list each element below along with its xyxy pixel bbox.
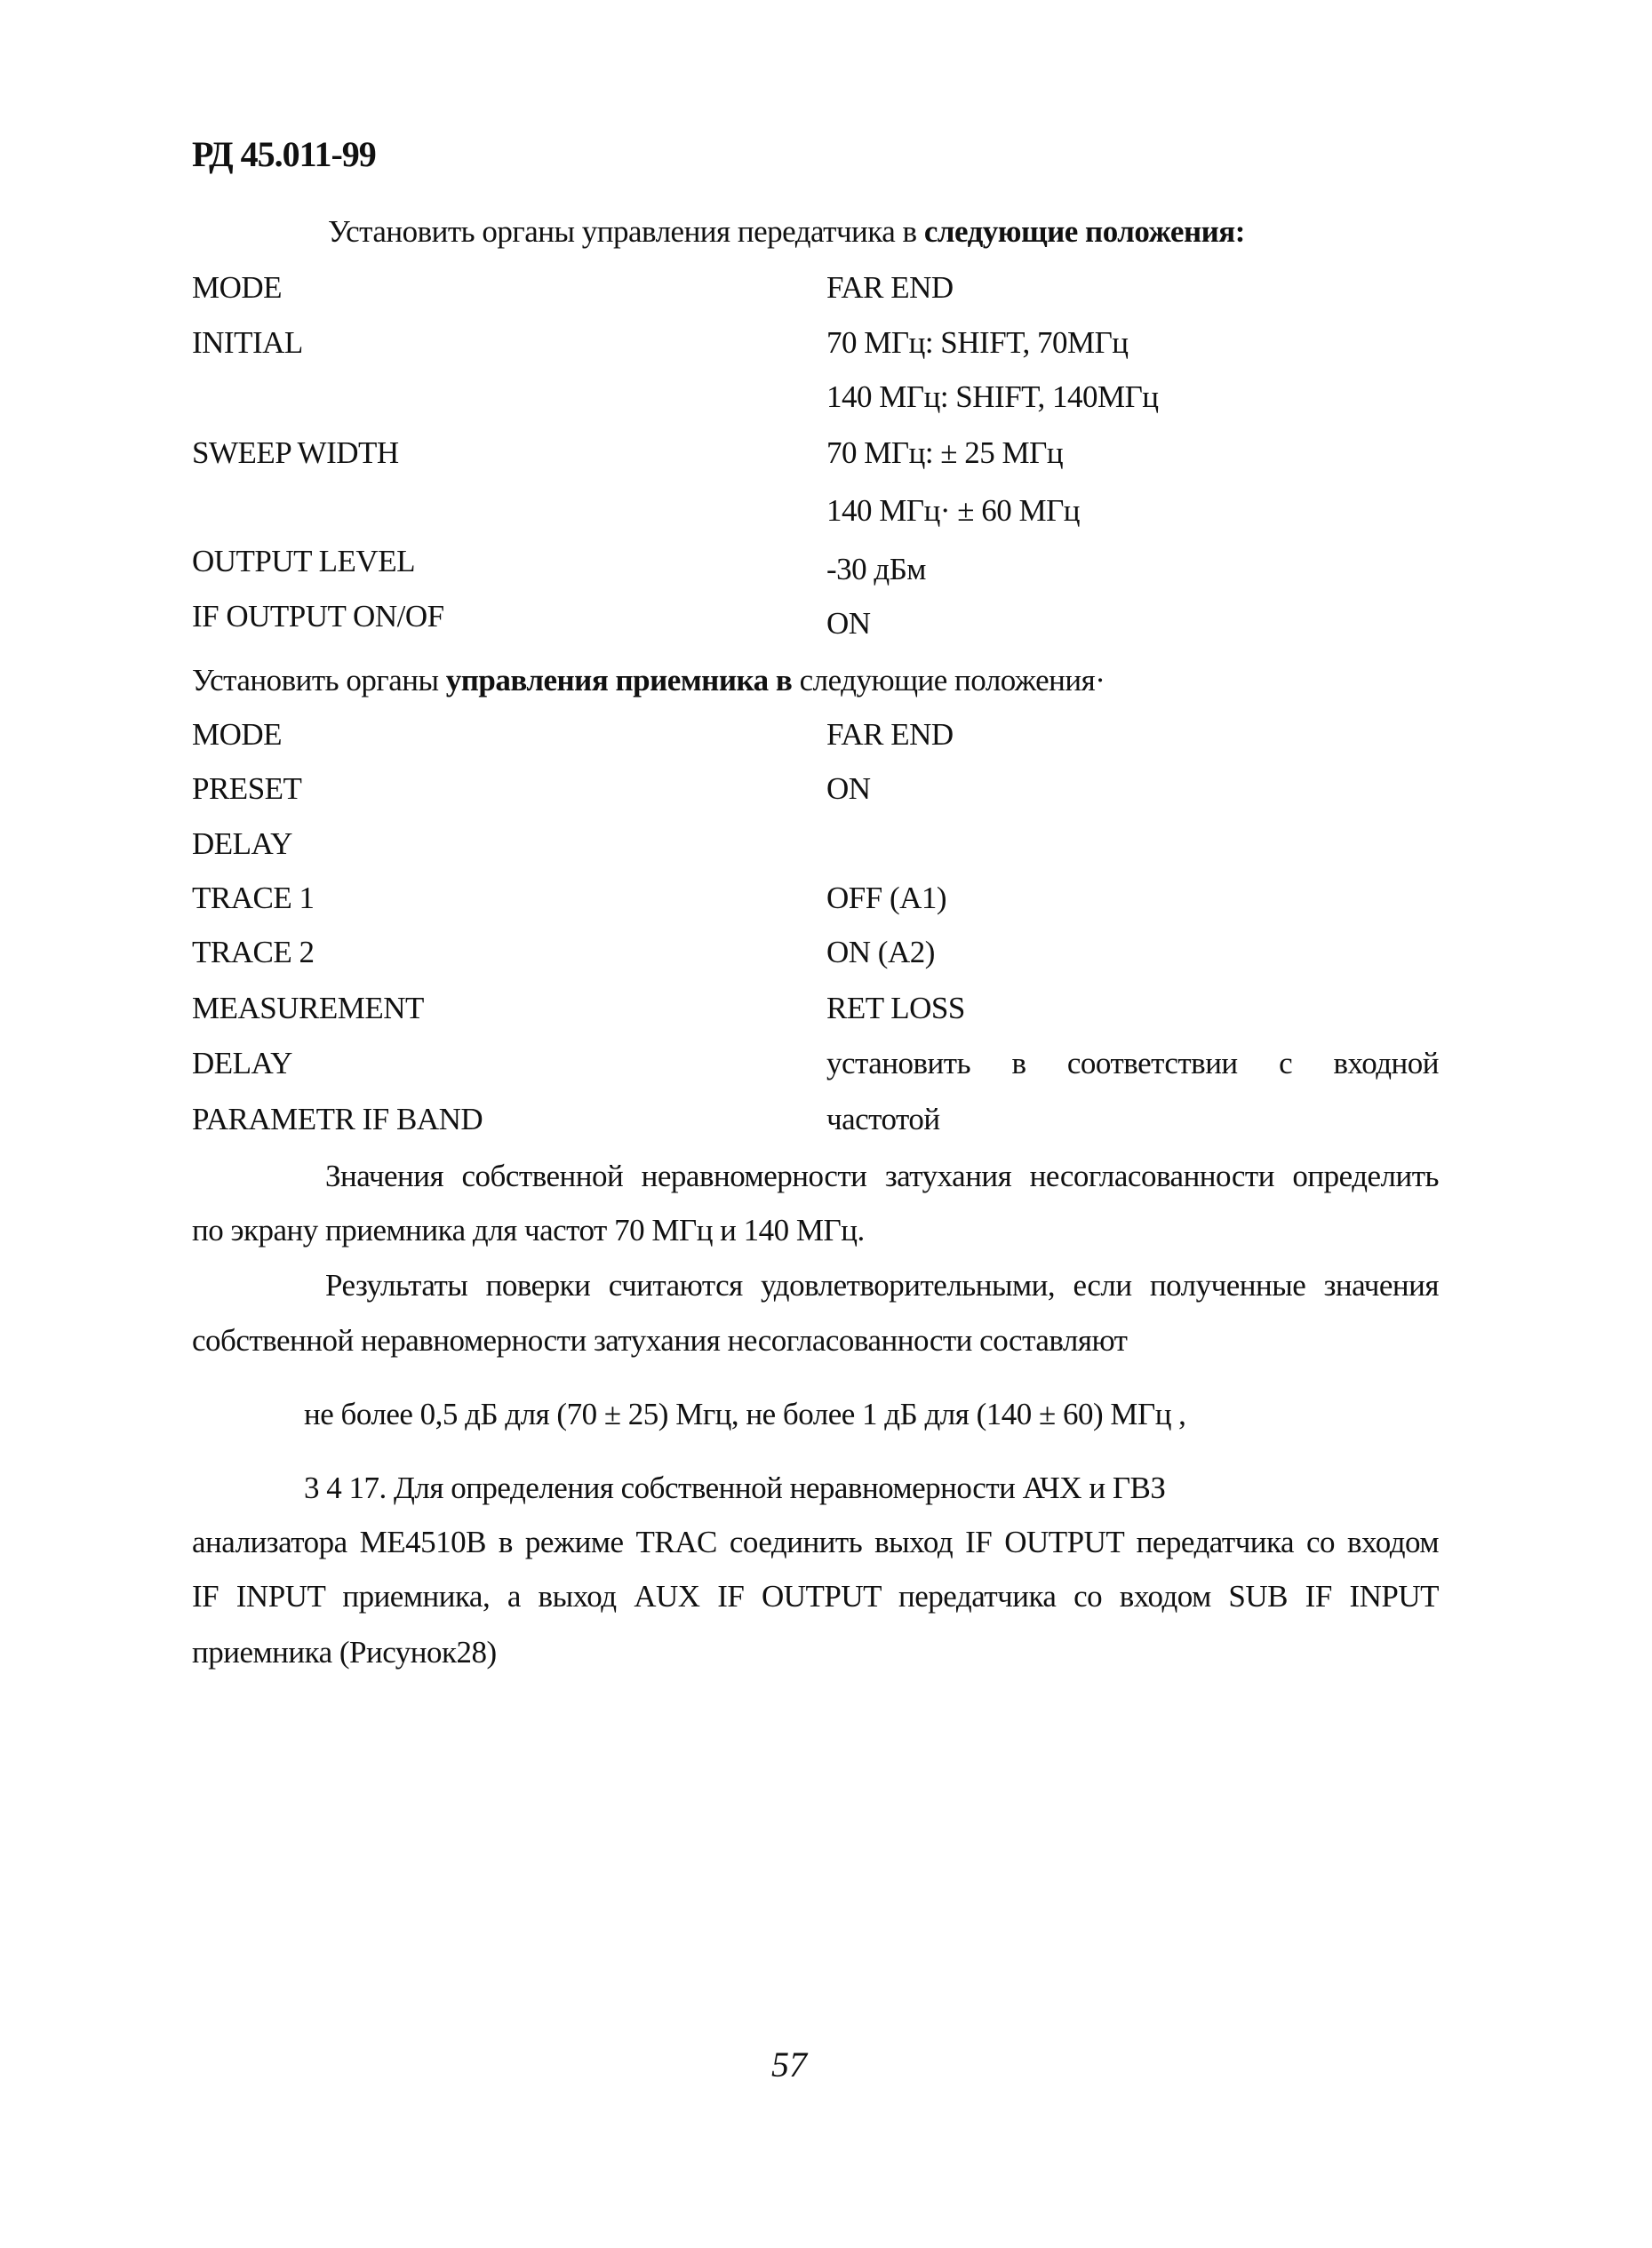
rx-row-parametr-value: частотой (826, 1102, 940, 1137)
rx-row-mode-value: FAR END (826, 717, 954, 753)
paragraph-2-line-1: Результаты поверки считаются удовлетвори… (192, 1268, 1439, 1303)
section-3-4-17-line-4: приемника (Рисунок28) (192, 1635, 497, 1670)
document-header: РД 45.011-99 (192, 133, 376, 175)
criteria-line: не более 0,5 дБ для (70 ± 25) Мгц, не бо… (304, 1397, 1185, 1432)
tx-row-output-level-value: -30 дБм (826, 552, 926, 587)
tx-row-initial-value: 70 МГц: SHIFT, 70МГц (826, 325, 1129, 361)
transmitter-intro-text: Установить органы управления передатчика… (328, 214, 924, 249)
delay-word: в (1011, 1046, 1026, 1081)
rx-row-preset-value: ON (826, 771, 871, 807)
rx-row-delay2-label: DELAY (192, 1046, 292, 1081)
rx-row-trace1-value: OFF (A1) (826, 881, 946, 916)
section-3-4-17-line-2: анализатора ME4510B в режиме TRAC соедин… (192, 1525, 1439, 1560)
tx-row-mode-label: MODE (192, 270, 282, 306)
tx-row-sweep-value-2: 140 МГц· ± 60 МГц (826, 493, 1080, 529)
rx-row-trace1-label: TRACE 1 (192, 881, 314, 916)
transmitter-intro-bold: следующие положения: (924, 214, 1245, 249)
receiver-intro-text-b: следующие положения· (792, 663, 1105, 698)
tx-row-sweep-value: 70 МГц: ± 25 МГц (826, 435, 1063, 471)
rx-row-preset-label: PRESET (192, 771, 301, 807)
delay-word: соответствии (1067, 1046, 1238, 1081)
rx-row-delay2-value: установить в соответствии с входной (826, 1046, 1439, 1081)
rx-row-measurement-label: MEASUREMENT (192, 991, 424, 1026)
rx-row-trace2-label: TRACE 2 (192, 935, 314, 970)
section-3-4-17-line-3: IF INPUT приемника, а выход AUX IF OUTPU… (192, 1579, 1439, 1614)
paragraph-1-line-1: Значения собственной неравномерности зат… (192, 1159, 1439, 1194)
paragraph-2-line-2: собственной неравномерности затухания не… (192, 1323, 1127, 1359)
rx-row-trace2-value: ON (A2) (826, 935, 935, 970)
transmitter-intro: Установить органы управления передатчика… (328, 214, 1245, 250)
rx-row-mode-label: MODE (192, 717, 282, 753)
receiver-intro: Установить органы управления приемника в… (192, 663, 1105, 698)
tx-row-sweep-label: SWEEP WIDTH (192, 435, 399, 471)
receiver-intro-bold: управления приемника в (446, 663, 793, 698)
tx-row-mode-value: FAR END (826, 270, 954, 306)
tx-row-if-output-label: IF OUTPUT ON/OF (192, 599, 444, 634)
paragraph-1-line-2: по экрану приемника для частот 70 МГц и … (192, 1213, 865, 1248)
delay-word: установить (826, 1046, 970, 1081)
section-3-4-17-line-1: 3 4 17. Для определения собственной нера… (304, 1471, 1165, 1506)
rx-row-parametr-label: PARAMETR IF BAND (192, 1102, 483, 1137)
tx-row-if-output-value: ON (826, 606, 871, 642)
rx-row-delay-label: DELAY (192, 826, 292, 862)
tx-row-initial-value-2: 140 МГц: SHIFT, 140МГц (826, 379, 1159, 415)
tx-row-output-level-label: OUTPUT LEVEL (192, 544, 415, 579)
delay-word: с (1279, 1046, 1292, 1081)
receiver-intro-text-a: Установить органы (192, 663, 446, 698)
rx-row-measurement-value: RET LOSS (826, 991, 965, 1026)
tx-row-initial-label: INITIAL (192, 325, 303, 361)
delay-word: входной (1334, 1046, 1439, 1081)
page-number: 57 (771, 2044, 807, 2085)
